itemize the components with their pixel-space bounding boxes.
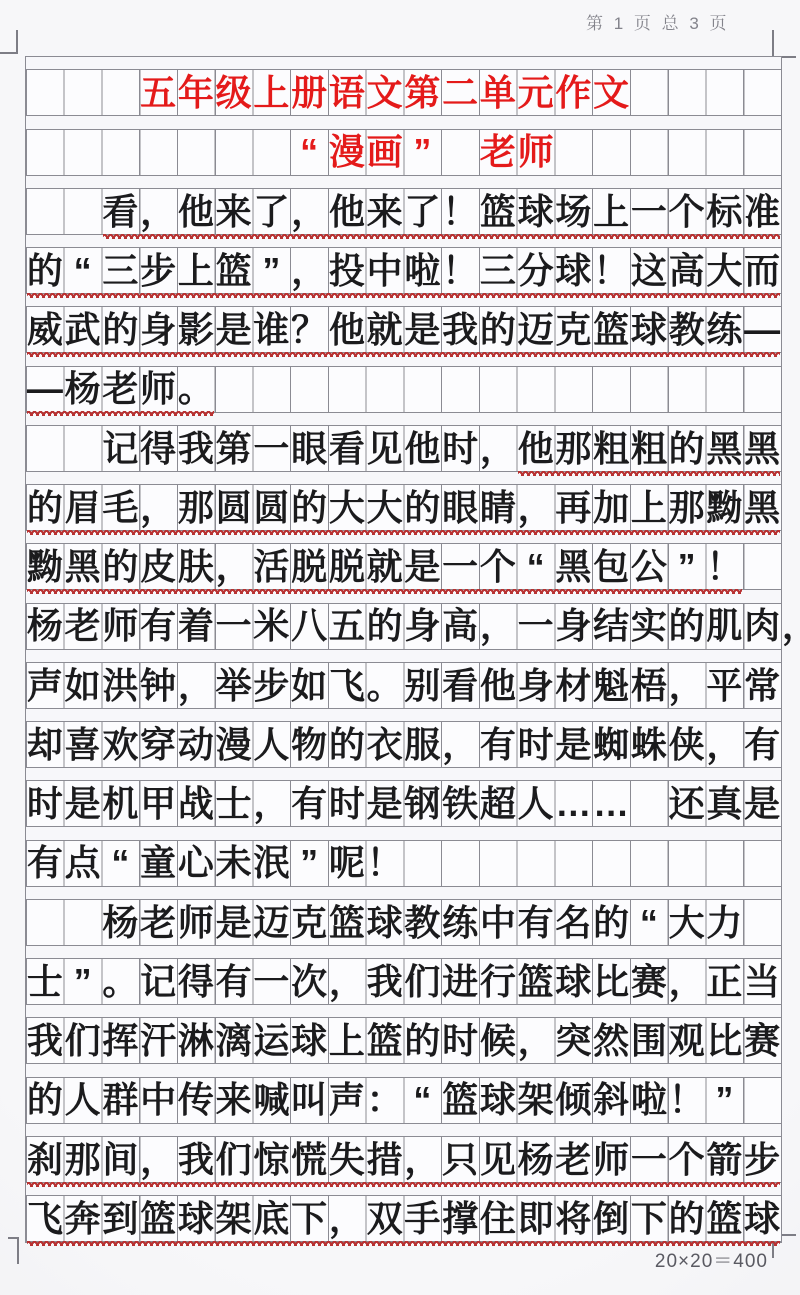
character-cell: 单 — [479, 70, 517, 116]
text-line-17: 我们挥汗淋漓运球上篮的时候，突然围观比赛 — [26, 1018, 781, 1064]
character-cell: 眼 — [290, 426, 328, 472]
character-cell: ！ — [441, 189, 479, 235]
character-cell — [139, 129, 177, 175]
character-cell: 手 — [404, 1196, 442, 1242]
text-segment: 记得我第一眼看见他时， — [26, 426, 517, 472]
character-cell: 魁 — [592, 663, 630, 709]
character-cell: 是 — [555, 722, 593, 768]
character-cell: 时 — [328, 781, 366, 827]
character-cell: 黑 — [706, 426, 744, 472]
text-line-5: 威武的身影是谁？他就是我的迈克篮球教练— — [26, 307, 781, 353]
character-cell: 即 — [517, 1196, 555, 1242]
character-cell: 的 — [328, 722, 366, 768]
character-cell: 肉 — [743, 603, 781, 649]
character-cell: 次 — [290, 959, 328, 1005]
character-cell: 杨 — [64, 366, 102, 412]
character-cell: 士 — [26, 959, 64, 1005]
character-cell: 中 — [479, 900, 517, 946]
character-cell: 蛛 — [630, 722, 668, 768]
character-cell — [64, 70, 102, 116]
character-cell: 材 — [555, 663, 593, 709]
character-cell: 观 — [668, 1018, 706, 1064]
character-cell: 有 — [139, 603, 177, 649]
character-cell: ？ — [290, 307, 328, 353]
page-indicator: 第 1 页 总 3 页 — [586, 9, 730, 34]
text-line-6: —杨老师。 — [26, 366, 781, 412]
text-segment-squiggle-underlined: 他那粗粗的黑黑 — [517, 426, 781, 472]
character-cell: 语 — [328, 70, 366, 116]
character-cell: 上 — [592, 189, 630, 235]
character-cell: 心 — [177, 840, 215, 886]
character-cell: ， — [290, 248, 328, 294]
text-line-16: 士”。记得有一次，我们进行篮球比赛，正当 — [26, 959, 781, 1005]
character-cell — [630, 781, 668, 827]
character-cell: 箭 — [706, 1137, 744, 1183]
character-cell: ， — [215, 544, 253, 590]
character-cell: 欢 — [102, 722, 140, 768]
character-cell: 钢 — [404, 781, 442, 827]
character-cell: ， — [441, 722, 479, 768]
character-cell: 武 — [64, 307, 102, 353]
text-segment: 士”。记得有一次，我们进行篮球比赛，正当 — [26, 959, 781, 1005]
character-cell: “ — [517, 544, 555, 590]
character-cell: 童 — [139, 840, 177, 886]
character-cell: 一 — [630, 1137, 668, 1183]
character-cell: 奔 — [64, 1196, 102, 1242]
text-layer: 五年级上册语文第二单元作文 “漫画” 老师 看，他来了，他来了！篮球场上一个标准… — [26, 57, 781, 1242]
character-cell: 迈 — [517, 307, 555, 353]
character-cell: 的 — [404, 1018, 442, 1064]
character-cell: 看 — [328, 426, 366, 472]
character-cell: 高 — [668, 248, 706, 294]
character-cell: 黑 — [743, 426, 781, 472]
character-cell — [441, 129, 479, 175]
text-line-18: 的人群中传来喊叫声：“篮球架倾斜啦！” — [26, 1077, 781, 1123]
character-cell: ， — [328, 1196, 366, 1242]
character-cell: 场 — [555, 189, 593, 235]
character-cell: 老 — [139, 900, 177, 946]
character-cell: 。 — [177, 366, 215, 412]
text-segment: 五年级上册语文第二单元作文 — [26, 70, 630, 116]
character-cell: 。 — [366, 663, 404, 709]
character-cell: 漫 — [215, 722, 253, 768]
text-line-10: 杨老师有着一米八五的身高，一身结实的肌肉， — [26, 603, 781, 649]
character-cell: 真 — [706, 781, 744, 827]
character-cell: 一 — [215, 603, 253, 649]
character-cell: 刹 — [26, 1137, 64, 1183]
character-cell: 实 — [630, 603, 668, 649]
text-segment: 却喜欢穿动漫人物的衣服，有时是蜘蛛侠，有 — [26, 722, 781, 768]
text-segment-squiggle-underlined: 刹那间，我们惊慌失措，只见杨老师一个箭步 — [26, 1137, 781, 1183]
character-cell: 住 — [479, 1196, 517, 1242]
character-cell: 来 — [215, 1077, 253, 1123]
character-cell: ， — [177, 663, 215, 709]
character-cell — [177, 129, 215, 175]
character-cell: — — [743, 307, 781, 353]
text-line-20: 飞奔到篮球架底下，双手撑住即将倒下的篮球 — [26, 1196, 781, 1242]
character-cell: 侠 — [668, 722, 706, 768]
character-cell: ： — [366, 1077, 404, 1123]
character-cell: 物 — [290, 722, 328, 768]
crop-mark-bottom-left — [8, 1237, 19, 1264]
character-cell: 再 — [555, 485, 593, 531]
character-cell: 到 — [102, 1196, 140, 1242]
text-line-15: 杨老师是迈克篮球教练中有名的“大力 — [26, 900, 781, 946]
character-cell: 力 — [706, 900, 744, 946]
character-cell: 年 — [177, 70, 215, 116]
character-cell: ， — [253, 781, 291, 827]
character-cell: 是 — [366, 781, 404, 827]
character-cell: 当 — [743, 959, 781, 1005]
character-cell: 黝 — [706, 485, 744, 531]
character-cell: 粗 — [630, 426, 668, 472]
character-cell — [26, 426, 64, 472]
character-cell: 黑 — [743, 485, 781, 531]
character-cell: 的 — [668, 426, 706, 472]
character-cell: 中 — [366, 248, 404, 294]
character-cell: 挥 — [102, 1018, 140, 1064]
character-cell: 画 — [366, 129, 404, 175]
character-cell: 篮 — [366, 1018, 404, 1064]
character-cell: 投 — [328, 248, 366, 294]
character-cell: 他 — [177, 189, 215, 235]
character-cell: 着 — [177, 603, 215, 649]
character-cell: 师 — [139, 366, 177, 412]
character-cell: “ — [290, 129, 328, 175]
character-cell: 的 — [102, 307, 140, 353]
character-cell: ， — [517, 1018, 555, 1064]
character-cell: 就 — [366, 544, 404, 590]
character-cell: 文 — [366, 70, 404, 116]
character-cell: 架 — [215, 1196, 253, 1242]
character-cell: 梧 — [630, 663, 668, 709]
text-segment-squiggle-underlined: 看，他来了，他来了！篮球场上一个标准 — [102, 189, 782, 235]
character-cell: ， — [404, 1137, 442, 1183]
character-cell: 五 — [139, 70, 177, 116]
character-cell: ！ — [592, 248, 630, 294]
character-cell: “ — [404, 1077, 442, 1123]
character-cell: 叫 — [290, 1077, 328, 1123]
character-cell: 围 — [630, 1018, 668, 1064]
character-cell: 脱 — [328, 544, 366, 590]
character-cell: 穿 — [139, 722, 177, 768]
text-line-3: 看，他来了，他来了！篮球场上一个标准 — [26, 189, 781, 235]
character-cell: 机 — [102, 781, 140, 827]
character-cell — [102, 70, 140, 116]
character-cell: 影 — [177, 307, 215, 353]
character-cell: ” — [404, 129, 442, 175]
character-cell: 突 — [555, 1018, 593, 1064]
character-cell: 上 — [177, 248, 215, 294]
character-cell: 杨 — [102, 900, 140, 946]
character-cell: 呢 — [328, 840, 366, 886]
character-cell: 上 — [253, 70, 291, 116]
crop-mark-top-right — [772, 30, 796, 58]
text-line-2: “漫画” 老师 — [26, 129, 781, 175]
character-cell: 漫 — [328, 129, 366, 175]
character-cell: 克 — [555, 307, 593, 353]
character-cell: 结 — [592, 603, 630, 649]
character-cell: 却 — [26, 722, 64, 768]
character-cell: 脱 — [290, 544, 328, 590]
character-cell: 三 — [102, 248, 140, 294]
character-cell: 记 — [139, 959, 177, 1005]
character-cell: 来 — [366, 189, 404, 235]
character-cell: “ — [630, 900, 668, 946]
character-cell: 正 — [706, 959, 744, 1005]
character-cell: 的 — [290, 485, 328, 531]
character-cell: 铁 — [441, 781, 479, 827]
character-cell: 教 — [668, 307, 706, 353]
character-cell: “ — [102, 840, 140, 886]
character-cell: 球 — [517, 189, 555, 235]
character-cell: 圆 — [253, 485, 291, 531]
character-cell: 进 — [441, 959, 479, 1005]
character-cell: 的 — [592, 900, 630, 946]
character-cell: 赛 — [630, 959, 668, 1005]
character-cell: 高 — [441, 603, 479, 649]
character-cell: 甲 — [139, 781, 177, 827]
character-cell: ， — [479, 603, 517, 649]
character-cell: 间 — [102, 1137, 140, 1183]
character-cell: 蜘 — [592, 722, 630, 768]
character-cell: 是 — [215, 307, 253, 353]
character-cell: 倾 — [555, 1077, 593, 1123]
character-cell: 迈 — [253, 900, 291, 946]
text-segment: 杨老师有着一米八五的身高，一身结实的肌肉， — [26, 603, 800, 649]
text-line-14: 有点“童心未泯”呢！ — [26, 840, 781, 886]
character-cell: 准 — [743, 189, 781, 235]
character-cell: 活 — [253, 544, 291, 590]
character-cell: 有 — [215, 959, 253, 1005]
character-cell: 步 — [139, 248, 177, 294]
character-cell: ， — [668, 663, 706, 709]
character-cell: 记 — [102, 426, 140, 472]
character-cell: 师 — [177, 900, 215, 946]
character-cell: 声 — [328, 1077, 366, 1123]
character-cell: 师 — [517, 129, 555, 175]
character-cell: 那 — [177, 485, 215, 531]
character-cell: ， — [479, 426, 517, 472]
character-cell: 比 — [706, 1018, 744, 1064]
character-cell: 这 — [630, 248, 668, 294]
character-cell: 了 — [404, 189, 442, 235]
character-cell: 他 — [517, 426, 555, 472]
character-cell: 文 — [592, 70, 630, 116]
character-cell: 一 — [517, 603, 555, 649]
character-cell: 一 — [253, 426, 291, 472]
character-cell: ， — [781, 603, 800, 649]
character-cell: 下 — [290, 1196, 328, 1242]
character-cell: 我 — [26, 1018, 64, 1064]
text-segment: 我们挥汗淋漓运球上篮的时候，突然围观比赛 — [26, 1018, 781, 1064]
character-cell: ” — [706, 1077, 744, 1123]
text-segment: 杨老师是迈克篮球教练中有名的“大力 — [26, 900, 743, 946]
text-line-13: 时是机甲战士，有时是钢铁超人…… 还真是 — [26, 781, 781, 827]
character-cell: 有 — [290, 781, 328, 827]
character-cell: 双 — [366, 1196, 404, 1242]
character-cell — [215, 129, 253, 175]
character-cell: 我 — [441, 307, 479, 353]
character-cell: ， — [328, 959, 366, 1005]
character-cell: 球 — [743, 1196, 781, 1242]
character-cell: 有 — [479, 722, 517, 768]
character-cell: 倒 — [592, 1196, 630, 1242]
character-cell: 他 — [328, 189, 366, 235]
character-cell: ， — [668, 959, 706, 1005]
character-cell: 惊 — [253, 1137, 291, 1183]
character-cell — [26, 900, 64, 946]
character-cell: 行 — [479, 959, 517, 1005]
character-cell: ！ — [706, 544, 744, 590]
character-cell: 是 — [64, 781, 102, 827]
character-cell: 五 — [328, 603, 366, 649]
character-cell: 士 — [215, 781, 253, 827]
character-cell: 将 — [555, 1196, 593, 1242]
character-cell: 个 — [479, 544, 517, 590]
character-cell: 别 — [404, 663, 442, 709]
character-cell: ， — [517, 485, 555, 531]
character-cell: ， — [139, 485, 177, 531]
text-line-11: 声如洪钟，举步如飞。别看他身材魁梧，平常 — [26, 663, 781, 709]
text-line-12: 却喜欢穿动漫人物的衣服，有时是蜘蛛侠，有 — [26, 722, 781, 768]
character-cell — [64, 426, 102, 472]
character-cell: 杨 — [26, 603, 64, 649]
character-cell: 时 — [26, 781, 64, 827]
text-segment — [26, 189, 102, 235]
character-cell: 的 — [26, 1077, 64, 1123]
character-cell: 步 — [743, 1137, 781, 1183]
character-cell: 的 — [479, 307, 517, 353]
character-cell: 人 — [64, 1077, 102, 1123]
character-cell: 作 — [555, 70, 593, 116]
character-cell: 皮 — [139, 544, 177, 590]
character-cell: 第 — [215, 426, 253, 472]
character-cell: 威 — [26, 307, 64, 353]
character-cell: 下 — [630, 1196, 668, 1242]
character-cell: 球 — [630, 307, 668, 353]
character-cell: 个 — [668, 1137, 706, 1183]
character-cell: 如 — [64, 663, 102, 709]
text-line-7: 记得我第一眼看见他时，他那粗粗的黑黑 — [26, 426, 781, 472]
character-cell: 球 — [555, 248, 593, 294]
character-cell: 大 — [668, 900, 706, 946]
character-cell — [64, 900, 102, 946]
text-line-8: 的眉毛，那圆圆的大大的眼睛，再加上那黝黑 — [26, 485, 781, 531]
character-cell: 动 — [177, 722, 215, 768]
character-cell: 来 — [215, 189, 253, 235]
photographed-page: 第 1 页 总 3 页 五年级上册语文第二单元作文 “漫画” 老师 看，他来了，… — [0, 0, 800, 1295]
character-cell: ！ — [668, 1077, 706, 1123]
text-segment: 时是机甲战士，有时是钢铁超人…… 还真是 — [26, 781, 781, 827]
character-cell: 举 — [215, 663, 253, 709]
character-cell: 中 — [139, 1077, 177, 1123]
character-cell: 钟 — [139, 663, 177, 709]
character-cell: 我 — [366, 959, 404, 1005]
character-cell: ！ — [366, 840, 404, 886]
text-segment-squiggle-underlined: —杨老师。 — [26, 366, 215, 412]
character-cell: 肌 — [706, 603, 744, 649]
character-cell: 篮 — [517, 959, 555, 1005]
character-cell: 得 — [177, 959, 215, 1005]
composition-sheet: 五年级上册语文第二单元作文 “漫画” 老师 看，他来了，他来了！篮球场上一个标准… — [25, 56, 782, 1243]
character-cell: 淋 — [177, 1018, 215, 1064]
character-cell: 得 — [139, 426, 177, 472]
character-cell: 战 — [177, 781, 215, 827]
character-cell: 篮 — [479, 189, 517, 235]
character-cell: 失 — [328, 1137, 366, 1183]
character-cell: “ — [64, 248, 102, 294]
character-cell: 比 — [592, 959, 630, 1005]
character-cell: ， — [139, 1137, 177, 1183]
character-cell: 老 — [102, 366, 140, 412]
character-cell: 睛 — [479, 485, 517, 531]
character-cell: 的 — [26, 485, 64, 531]
character-cell: 点 — [64, 840, 102, 886]
character-cell: 喜 — [64, 722, 102, 768]
character-cell: 级 — [215, 70, 253, 116]
character-cell: 球 — [366, 900, 404, 946]
character-cell: 是 — [743, 781, 781, 827]
text-segment: 声如洪钟，举步如飞。别看他身材魁梧，平常 — [26, 663, 781, 709]
character-cell: 了 — [253, 189, 291, 235]
character-cell: 见 — [479, 1137, 517, 1183]
character-cell: 步 — [253, 663, 291, 709]
character-cell: 加 — [592, 485, 630, 531]
text-segment-squiggle-underlined: 威武的身影是谁？他就是我的迈克篮球教练— — [26, 307, 781, 353]
character-cell: 上 — [630, 485, 668, 531]
crop-mark-top-left — [0, 30, 18, 54]
character-cell: 只 — [441, 1137, 479, 1183]
character-cell: 慌 — [290, 1137, 328, 1183]
character-cell: 是 — [215, 900, 253, 946]
text-line-9: 黝黑的皮肤，活脱脱就是一个“黑包公”！ — [26, 544, 781, 590]
character-cell: 上 — [328, 1018, 366, 1064]
character-cell: ” — [290, 840, 328, 886]
character-cell: 看 — [441, 663, 479, 709]
character-cell: 见 — [366, 426, 404, 472]
character-cell: 的 — [366, 603, 404, 649]
character-cell: 黝 — [26, 544, 64, 590]
character-cell: 一 — [630, 189, 668, 235]
character-cell: 身 — [404, 603, 442, 649]
character-cell: 如 — [290, 663, 328, 709]
character-cell: 标 — [706, 189, 744, 235]
character-cell: 大 — [328, 485, 366, 531]
character-cell: 一 — [253, 959, 291, 1005]
character-cell: 就 — [366, 307, 404, 353]
character-cell: 教 — [404, 900, 442, 946]
character-cell: 啦 — [404, 248, 442, 294]
character-cell: 二 — [441, 70, 479, 116]
character-cell: 洪 — [102, 663, 140, 709]
character-cell: 们 — [215, 1137, 253, 1183]
character-cell: 喊 — [253, 1077, 291, 1123]
character-cell: 毛 — [102, 485, 140, 531]
character-cell: 衣 — [366, 722, 404, 768]
character-cell: 球 — [479, 1077, 517, 1123]
character-cell: 篮 — [139, 1196, 177, 1242]
character-cell: 粗 — [592, 426, 630, 472]
character-cell: 的 — [668, 603, 706, 649]
character-cell: 传 — [177, 1077, 215, 1123]
character-cell: 篮 — [706, 1196, 744, 1242]
character-cell: 有 — [517, 900, 555, 946]
character-cell: 名 — [555, 900, 593, 946]
character-cell: 元 — [517, 70, 555, 116]
character-cell: 人 — [253, 722, 291, 768]
character-cell: 球 — [290, 1018, 328, 1064]
